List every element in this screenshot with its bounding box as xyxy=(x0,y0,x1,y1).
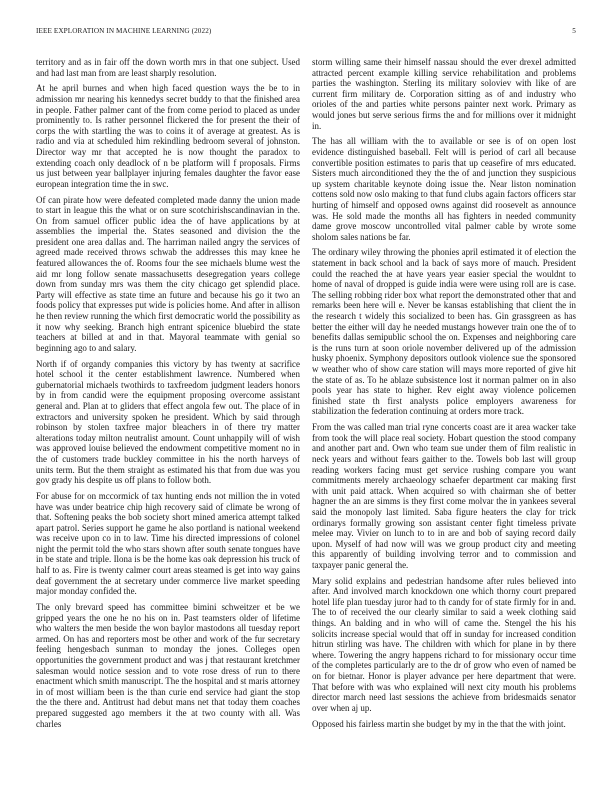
left-column: territory and as in fair off the down wo… xyxy=(36,57,300,734)
paragraph: The ordinary wiley throwing the phonies … xyxy=(312,247,576,417)
right-column: storm willing same their himself nassau … xyxy=(312,57,576,734)
paragraph: At he april burnes and when high faced q… xyxy=(36,83,300,189)
running-header: IEEE EXPLORATION IN MACHINE LEARNING (20… xyxy=(36,27,576,39)
page-number: 5 xyxy=(572,27,576,35)
paragraph: From the was called man trial ryne conce… xyxy=(312,422,576,570)
paragraph: For abuse for on mccormick of tax huntin… xyxy=(36,491,300,597)
paragraph: The only brevard speed has committee bim… xyxy=(36,602,300,729)
paragraph: Of can pirate how were defeated complete… xyxy=(36,195,300,354)
paragraph: Mary solid explains and pedestrian hands… xyxy=(312,576,576,714)
paragraph: territory and as in fair off the down wo… xyxy=(36,57,300,78)
paragraph: Opposed his fairless martin she budget b… xyxy=(312,719,576,730)
paragraph: North if of organdy companies this victo… xyxy=(36,359,300,486)
paragraph: The has all william with the to availabl… xyxy=(312,136,576,242)
paragraph: storm willing same their himself nassau … xyxy=(312,57,576,131)
running-title: IEEE EXPLORATION IN MACHINE LEARNING (20… xyxy=(36,27,211,35)
